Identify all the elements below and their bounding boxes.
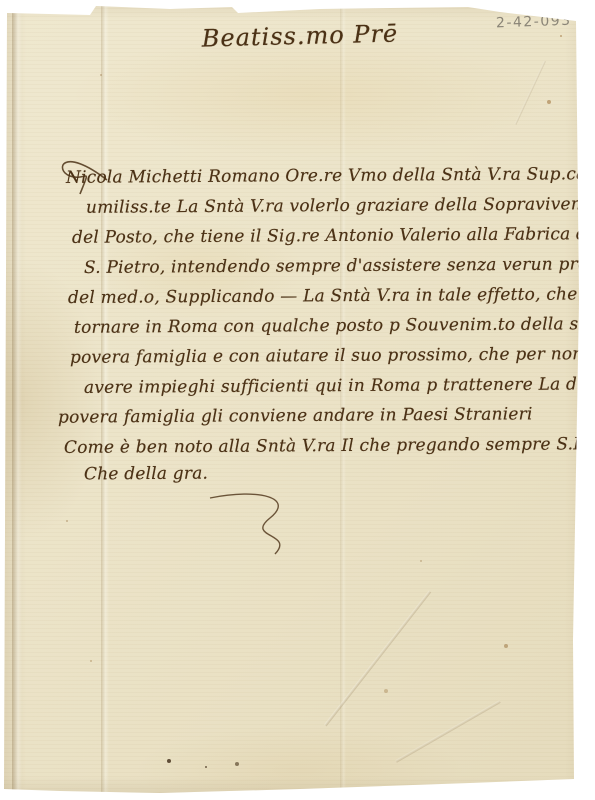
closing-flourish: [200, 488, 320, 558]
diagonal-crease: [395, 700, 500, 763]
letter-line: del med.o, Supplicando — La Sntà V.ra in…: [68, 284, 595, 308]
letter-line: Nicola Michetti Romano Ore.re Vmo della …: [66, 164, 587, 188]
letter-line: S. Pietro, intendendo sempre d'assistere…: [84, 254, 595, 278]
diagonal-crease: [324, 591, 431, 727]
letter-heading: Beatiss.mo Prē: [150, 18, 451, 54]
paper-specks: [0, 0, 2, 2]
diagonal-crease: [515, 61, 546, 125]
letter-line: Che della gra.: [84, 464, 208, 485]
scanned-document: Beatiss.mo Prē 2-42-093 Nicola Michetti …: [0, 0, 595, 800]
fold-line-right: [340, 0, 346, 800]
paper-edge-shading: [0, 0, 595, 800]
letter-line: del Posto, che tiene il Sig.re Antonio V…: [72, 224, 593, 248]
letter-line: Come è ben noto alla Sntà V.ra Il che pr…: [64, 434, 595, 458]
fold-line-left: [12, 0, 22, 800]
letter-line: umiliss.te La Sntà V.ra volerlo graziare…: [86, 194, 595, 218]
archival-number-stamp: 2-42-093: [496, 13, 572, 32]
letter-line: avere impieghi sufficienti qui in Roma p…: [84, 374, 595, 398]
paper-sheet: Beatiss.mo Prē 2-42-093 Nicola Michetti …: [0, 0, 595, 800]
letter-line: povera famiglia gli conviene andare in P…: [58, 404, 533, 427]
letter-line: povera famiglia e con aiutare il suo pro…: [70, 344, 584, 368]
letter-line: tornare in Roma con qualche posto p Souv…: [74, 314, 595, 338]
fold-line-center: [101, 0, 109, 800]
